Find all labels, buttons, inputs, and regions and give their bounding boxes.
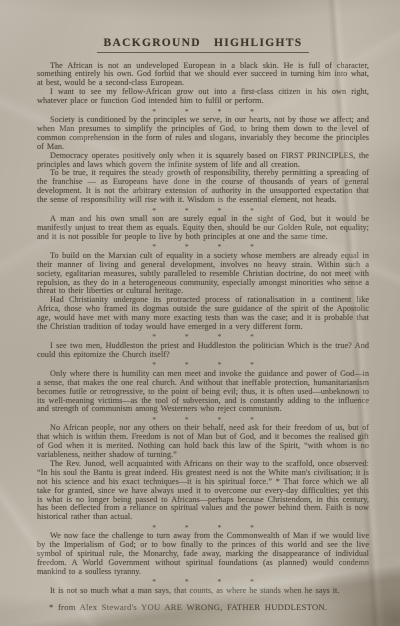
paragraph: I want to see my fellow-African grow out… [37,88,369,106]
paragraph: No African people, nor any others on the… [37,424,369,460]
paragraph: I see two men, Huddleston the priest and… [37,342,369,360]
scanned-document-page: BACKGROUND HIGHLIGHTS The African is not… [0,0,400,626]
document-body: The African is not an undeveloped Europe… [37,62,369,596]
page-title: BACKGROUND HIGHLIGHTS [97,37,310,53]
section-separator: * * * * [37,242,369,251]
page-content: BACKGROUND HIGHLIGHTS The African is not… [37,33,369,612]
paragraph: The African is not an undeveloped Europe… [37,62,369,89]
paragraph: Society is conditioned by the principles… [37,116,369,152]
paragraph: It is not so much what a man says, that … [37,587,369,596]
title-row: BACKGROUND HIGHLIGHTS [37,33,369,53]
paragraph: A man and his own small son are surely e… [37,215,369,242]
section-separator: * * * * [37,360,369,369]
paragraph: The Rev. Junod, well acquainted with Afr… [37,460,369,522]
section-separator: * * * * [37,577,369,586]
paragraph: Only where there is humility can men mee… [37,370,369,415]
footnote: * from Alex Steward's YOU ARE WRONG, FAT… [37,603,369,613]
paragraph: To build on the Marxian cult of equality… [37,252,369,297]
paragraph: Had Christianity undergone its protracte… [37,296,369,332]
paragraph: Democracy operates positively only when … [37,152,369,170]
paragraph: We now face the challenge to turn away f… [37,532,369,577]
paragraph: To be true, it requires the steady growt… [37,169,369,205]
